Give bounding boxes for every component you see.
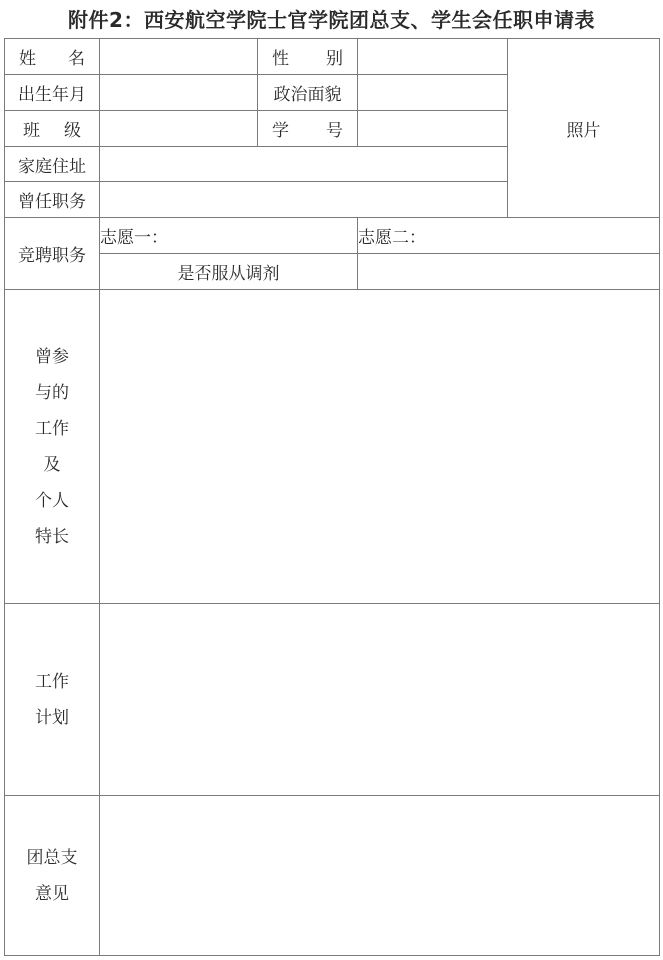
plan-label: 工作 计划 <box>5 604 100 796</box>
class-label: 班级 <box>5 111 100 147</box>
birth-label: 出生年月 <box>5 75 100 111</box>
plan-field[interactable] <box>100 604 660 796</box>
form-title: 附件2：西安航空学院士官学院团总支、学生会任职申请表 <box>0 4 663 33</box>
address-label: 家庭住址 <box>5 147 100 182</box>
opinion-field[interactable] <box>100 796 660 956</box>
prev-positions-label: 曾任职务 <box>5 182 100 218</box>
student-id-label: 学号 <box>258 111 358 147</box>
adjust-field[interactable] <box>358 254 660 290</box>
name-field[interactable] <box>100 39 258 75</box>
choice2-label: 志愿二： <box>358 228 426 248</box>
adjust-label: 是否服从调剂 <box>100 254 358 290</box>
birth-field[interactable] <box>100 75 258 111</box>
political-label: 政治面貌 <box>258 75 358 111</box>
experience-field[interactable] <box>100 290 660 604</box>
application-label: 竞聘职务 <box>5 218 100 290</box>
political-field[interactable] <box>358 75 508 111</box>
choice1-field[interactable]: 志愿一： <box>100 218 358 254</box>
choice1-label: 志愿一： <box>100 228 168 248</box>
experience-label: 曾参 与的 工作 及 个人 特长 <box>5 290 100 604</box>
photo-label: 照片 <box>567 121 601 141</box>
student-id-field[interactable] <box>358 111 508 147</box>
prev-positions-field[interactable] <box>100 182 508 218</box>
class-field[interactable] <box>100 111 258 147</box>
address-field[interactable] <box>100 147 508 182</box>
opinion-label: 团总支 意见 <box>5 796 100 956</box>
name-label: 姓名 <box>5 39 100 75</box>
photo-box[interactable]: 照片 <box>508 39 660 218</box>
application-form-table: 姓名 性别 照片 出生年月 政治面貌 班级 学号 家庭住址 曾任职务 竞聘职务 <box>4 38 660 956</box>
choice2-field[interactable]: 志愿二： <box>358 218 660 254</box>
gender-label: 性别 <box>258 39 358 75</box>
gender-field[interactable] <box>358 39 508 75</box>
